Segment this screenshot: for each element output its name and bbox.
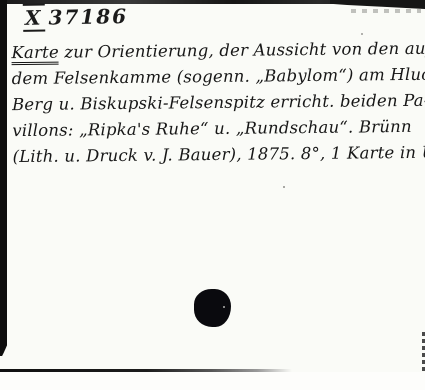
- handwritten-text: Karte zur Orientierung, der Aussicht von…: [11, 36, 418, 170]
- scan-edge-top-right: [330, 0, 425, 9]
- scan-background-below-card: [0, 372, 425, 390]
- call-number-roman: X: [23, 4, 45, 32]
- scan-edge-left: [0, 0, 7, 356]
- text-line-5: (Lith. u. Druck v. J. Bauer), 1875. 8°, …: [12, 140, 418, 170]
- call-number-digits: 37186: [48, 4, 128, 29]
- catalog-card-scan: X37186 Karte zur Orientierung, der Aussi…: [0, 0, 425, 390]
- dust-speck: [283, 186, 285, 188]
- underlined-title-word: Karte: [11, 43, 59, 65]
- text-line-1-rest: zur Orientierung, der Aussicht von den a…: [59, 39, 425, 62]
- punch-hole: [194, 289, 231, 327]
- call-number: X37186: [23, 4, 129, 30]
- scan-smudge: [351, 9, 421, 13]
